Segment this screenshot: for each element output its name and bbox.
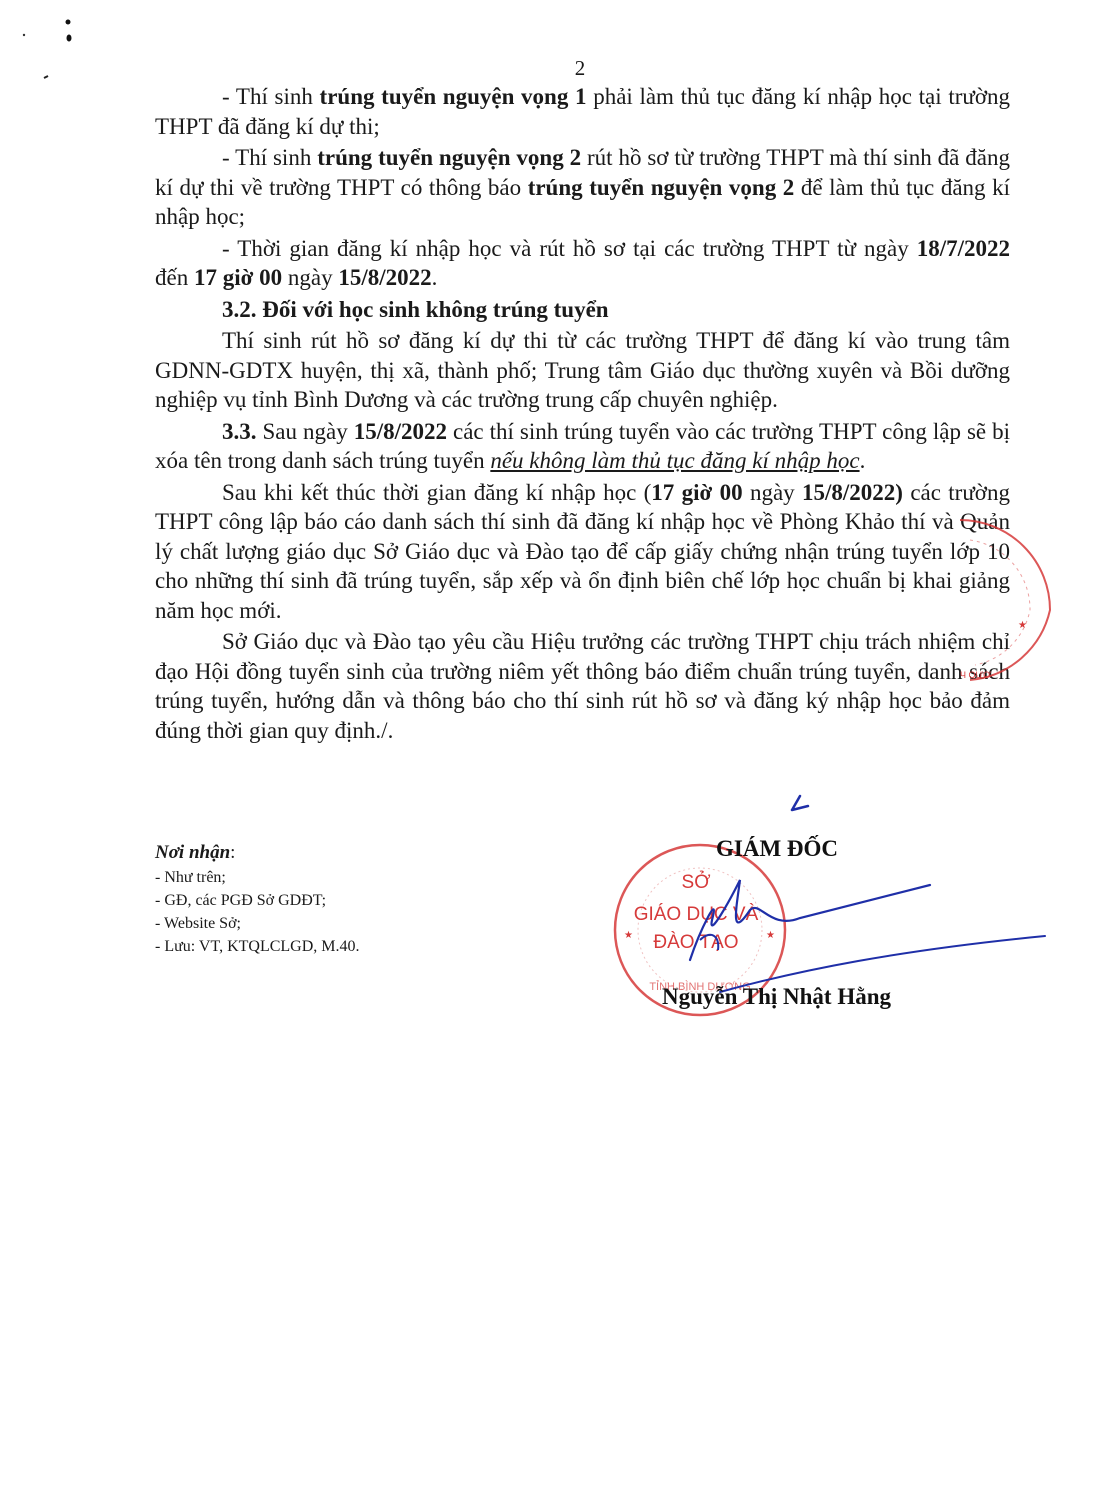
paragraph-registration-period: - Thời gian đăng kí nhập học và rút hồ s… — [155, 234, 1010, 293]
recipient-item: - Lưu: VT, KTQLCLGD, M.40. — [155, 935, 485, 958]
recipients-block: Nơi nhận: - Như trên; - GĐ, các PGĐ Sở G… — [155, 840, 485, 958]
bold-text: ) — [895, 480, 903, 505]
edge-seal-stamp: ★ Ч ОƯƠ — [930, 500, 1070, 700]
page-number: 2 — [0, 56, 1107, 81]
recipients-title: Nơi nhận: — [155, 840, 485, 866]
ink-check-mark — [786, 786, 816, 816]
recipient-item: - GĐ, các PGĐ Sở GDĐT; — [155, 889, 485, 912]
section-label: 3.3. — [222, 419, 257, 444]
text: Sau khi kết thúc thời gian đăng kí nhập … — [222, 480, 651, 505]
text: - Thí sinh — [222, 84, 320, 109]
document-body: - Thí sinh trúng tuyển nguyện vọng 1 phả… — [155, 82, 1010, 747]
bold-date: 18/7/2022 — [917, 236, 1010, 261]
bold-date: 15/8/2022 — [338, 265, 431, 290]
recipient-item: - Như trên; — [155, 866, 485, 889]
text: Sau ngày — [257, 419, 354, 444]
text: - Thí sinh — [222, 145, 317, 170]
paragraph-3-3: 3.3. Sau ngày 15/8/2022 các thí sinh trú… — [155, 417, 1010, 476]
bold-text: trúng tuyển nguyện vọng 2 — [528, 175, 795, 200]
colon: : — [230, 842, 235, 863]
bold-time: 17 giờ 00 — [651, 480, 742, 505]
svg-text:Ч ОƯƠ: Ч ОƯƠ — [960, 670, 991, 680]
bold-text: trúng tuyển nguyện vọng 2 — [317, 145, 581, 170]
paragraph-not-admitted: Thí sinh rút hồ sơ đăng kí dự thi từ các… — [155, 326, 1010, 415]
emphasis-text: nếu không làm thủ tục đăng kí nhập học — [490, 448, 859, 473]
text: . — [860, 448, 866, 473]
section-heading-3-2: 3.2. Đối với học sinh không trúng tuyển — [155, 295, 1010, 325]
recipient-item: - Website Sở; — [155, 912, 485, 935]
text: đến — [155, 265, 194, 290]
bold-text: trúng tuyển nguyện vọng 1 — [320, 84, 587, 109]
paragraph-admission-nv1: - Thí sinh trúng tuyển nguyện vọng 1 phả… — [155, 82, 1010, 141]
text: ngày — [743, 480, 802, 505]
paragraph-admission-nv2: - Thí sinh trúng tuyển nguyện vọng 2 rút… — [155, 143, 1010, 232]
svg-text:★: ★ — [1018, 620, 1027, 631]
paragraph-principal-request: Sở Giáo dục và Đào tạo yêu cầu Hiệu trưở… — [155, 627, 1010, 745]
text: ngày — [282, 265, 338, 290]
bold-date: 15/8/2022 — [802, 480, 895, 505]
bold-time: 17 giờ 00 — [194, 265, 282, 290]
paragraph-after-registration: Sau khi kết thúc thời gian đăng kí nhập … — [155, 478, 1010, 626]
signer-name: Nguyễn Thị Nhật Hằng — [662, 984, 891, 1010]
bold-date: 15/8/2022 — [354, 419, 447, 444]
text: - Thời gian đăng kí nhập học và rút hồ s… — [222, 236, 917, 261]
recipients-title-text: Nơi nhận — [155, 842, 230, 863]
signature-block: SỞ GIÁO DỤC VÀ ĐÀO TẠO ★ ★ TỈNH BÌNH DƯƠ… — [600, 830, 1060, 1030]
text: . — [432, 265, 438, 290]
